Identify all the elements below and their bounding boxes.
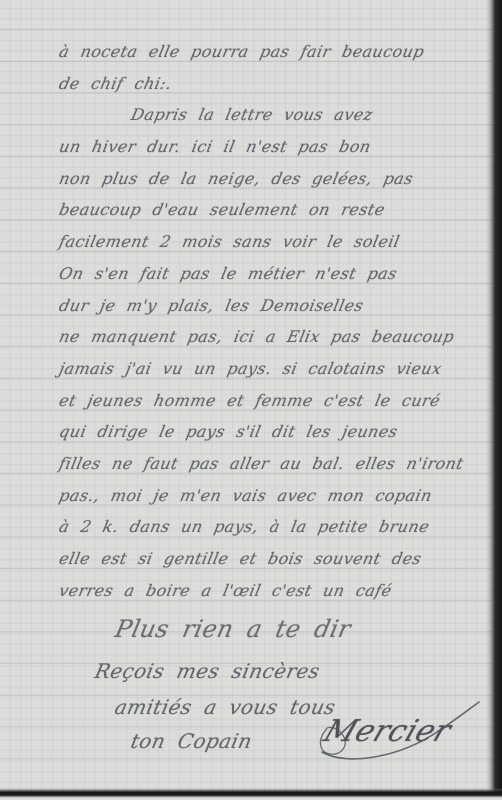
letter-line: non plus de la neige, des gelées, pas [56,163,493,195]
letter-line: dur je m'y plais, les Demoiselles [56,290,493,322]
letter-line: à noceta elle pourra pas fair beaucoup [56,36,493,68]
letter-line: ne manquent pas, ici a Elix pas beaucoup [56,321,493,353]
letter-line: à 2 k. dans un pays, à la petite brune [56,511,493,543]
letter-line: facilement 2 mois sans voir le soleil [56,226,493,258]
closing-line-plus-rien: Plus rien a te dir [112,612,354,646]
scan-edge-right [487,0,502,794]
letter-line: Dapris la lettre vous avez [56,99,493,131]
scan-edge-bottom [0,788,502,800]
letter-line: beaucoup d'eau seulement on reste [56,194,493,226]
letter-line: qui dirige le pays s'il dit les jeunes [56,416,493,448]
closing-line-amities: amitiés a vous tous [112,692,339,722]
letter-body: à noceta elle pourra pas fair beaucoup d… [56,36,486,606]
letter-line: jamais j'ai vu un pays. si calotains vie… [56,353,493,385]
letter-line: elle est si gentille et bois souvent des [56,543,493,575]
letter-line: un hiver dur. ici il n'est pas bon [56,131,493,163]
closing-line-recois: Reçois mes sincères [92,656,323,686]
signature: Mercier [318,712,457,752]
letter-line: verres a boire a l'œil c'est un café [56,575,493,607]
letter-line: et jeunes homme et femme c'est le curé [56,385,493,417]
handwritten-letter-page: à noceta elle pourra pas fair beaucoup d… [0,0,502,800]
letter-line: pas., moi je m'en vais avec mon copain [56,480,493,512]
signoff-text: ton Copain [128,726,255,756]
letter-line: On s'en fait pas le métier n'est pas [56,258,493,290]
letter-line: filles ne faut pas aller au bal. elles n… [56,448,493,480]
letter-line: de chif chi:. [56,68,493,100]
